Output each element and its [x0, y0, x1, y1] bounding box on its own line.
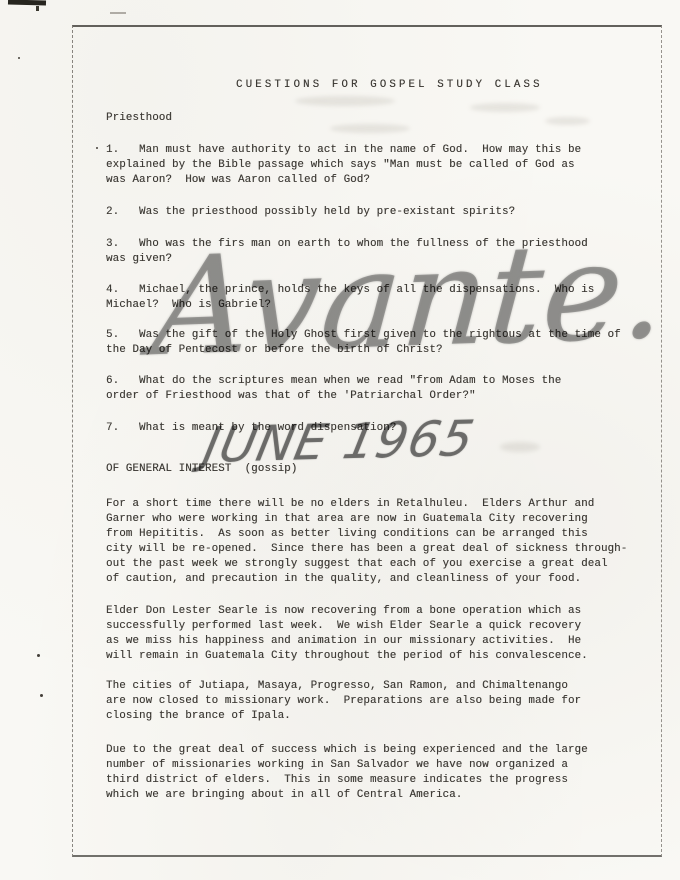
scan-smudge — [295, 96, 395, 106]
paragraph-san-salvador: Due to the great deal of success which i… — [106, 743, 588, 803]
question-5: 5. Was the gift of the Holy Ghost first … — [106, 328, 621, 358]
question-3: 3. Who was the firs man on earth to whom… — [106, 237, 588, 267]
scan-speck — [37, 654, 40, 657]
scan-artifact-dash — [110, 12, 126, 14]
scanned-document-page: CUESTIONS FOR GOSPEL STUDY CLASS Priesth… — [0, 0, 680, 880]
section-heading-priesthood: Priesthood — [106, 111, 172, 126]
scan-artifact-tick — [36, 6, 39, 11]
scan-speck — [40, 694, 43, 697]
question-2: 2. Was the priesthood possibly held by p… — [106, 205, 515, 220]
scan-smudge — [470, 103, 540, 112]
scan-artifact-corner-mark — [8, 0, 46, 5]
question-1: 1. Man must have authority to act in the… — [106, 143, 581, 188]
section-heading-general-interest: OF GENERAL INTEREST (gossip) — [106, 462, 297, 477]
paragraph-elder-searle: Elder Don Lester Searle is now recoverin… — [106, 604, 588, 664]
question-4: 4. Michael, the prince, holds the keys o… — [106, 283, 594, 313]
paragraph-closed-cities: The cities of Jutiapa, Masaya, Progresso… — [106, 679, 581, 724]
scan-speck — [18, 57, 20, 59]
scan-smudge — [330, 124, 410, 133]
scan-smudge — [545, 117, 590, 125]
scan-smudge — [500, 442, 540, 452]
question-7: 7. What is meant by the word dispensatio… — [106, 421, 396, 436]
scan-speck — [96, 147, 98, 149]
document-title: CUESTIONS FOR GOSPEL STUDY CLASS — [236, 78, 543, 93]
question-6: 6. What do the scriptures mean when we r… — [106, 374, 561, 404]
paragraph-retalhuleu: For a short time there will be no elders… — [106, 497, 627, 587]
